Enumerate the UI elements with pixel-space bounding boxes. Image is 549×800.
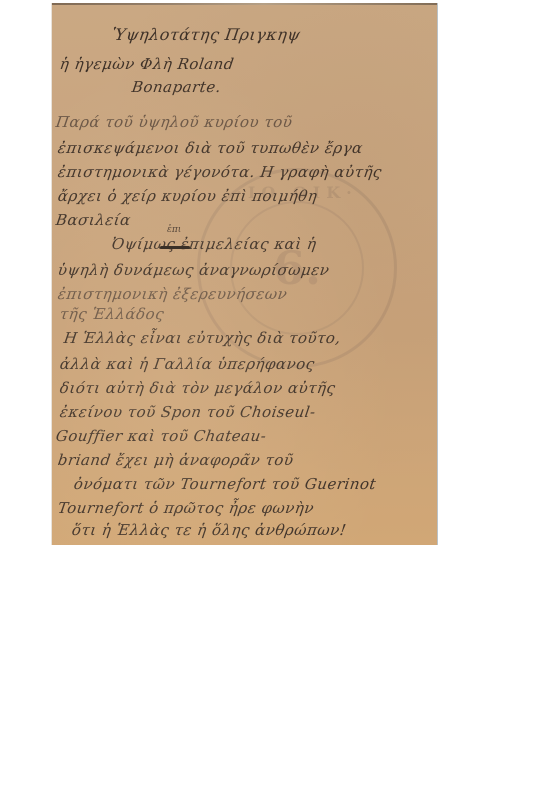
text-line: Gouffier καὶ τοῦ Chateau- [55,427,268,445]
text-line: briand ἔχει μὴ ἀναφορᾶν τοῦ [57,451,295,469]
paragraph-start-line: Ὀψίμως ἐπιμελείας καὶ ἡ [111,235,318,253]
addressee-line: ἡ ἡγεμὼν Φλὴ Roland [59,55,236,73]
manuscript-page: ·ΙΟ ΟΙΚ· 6. Ὑψηλοτάτης Πριγκηψ ἡ ἡγεμὼν … [52,3,437,545]
text-line: ὀνόματι τῶν Tournefort τοῦ Guerinot [73,475,378,493]
superscript-correction: ἐπι [167,225,181,235]
heading-line: Ὑψηλοτάτης Πριγκηψ [111,25,302,44]
text-line: Βασιλεία [55,211,132,229]
text-line: ἐπιστημονικὴ ἐξερευνήσεων [57,285,289,303]
text-line: ὑψηλὴ δυνάμεως ἀναγνωρίσωμεν [57,261,331,279]
addressee-name-line: Bonaparte. [131,78,223,96]
text-line: Tournefort ὁ πρῶτος ἦρε φωνὴν [57,499,316,517]
text-line: ἐκείνου τοῦ Spon τοῦ Choiseul- [59,403,317,421]
text-line: ἀλλὰ καὶ ἡ Γαλλία ὑπερήφανος [59,355,316,373]
text-line: διότι αὐτὴ διὰ τὸν μεγάλον αὐτῆς [59,379,337,397]
text-line: ἄρχει ὁ χείρ κυρίου ἐπὶ ποιμήθη [57,187,319,205]
strikethrough-mark [160,246,190,249]
text-line: ἐπιστημονικὰ γέγονότα. Η γραφὴ αὐτῆς [57,163,383,181]
text-line: Παρά τοῦ ὑψηλοῦ κυρίου τοῦ [55,113,294,131]
text-line: ἐπισκεψάμενοι διὰ τοῦ τυπωθὲν ἔργα [57,139,364,157]
closing-line: ὅτι ἡ Ἑλλὰς τε ἡ ὅλης ἀνθρώπων! [71,521,348,539]
text-line: τῆς Ἑλλάδος [59,305,166,323]
paragraph-start-line: Η Ἑλλὰς εἶναι εὐτυχὴς διὰ τοῦτο, [63,329,342,347]
